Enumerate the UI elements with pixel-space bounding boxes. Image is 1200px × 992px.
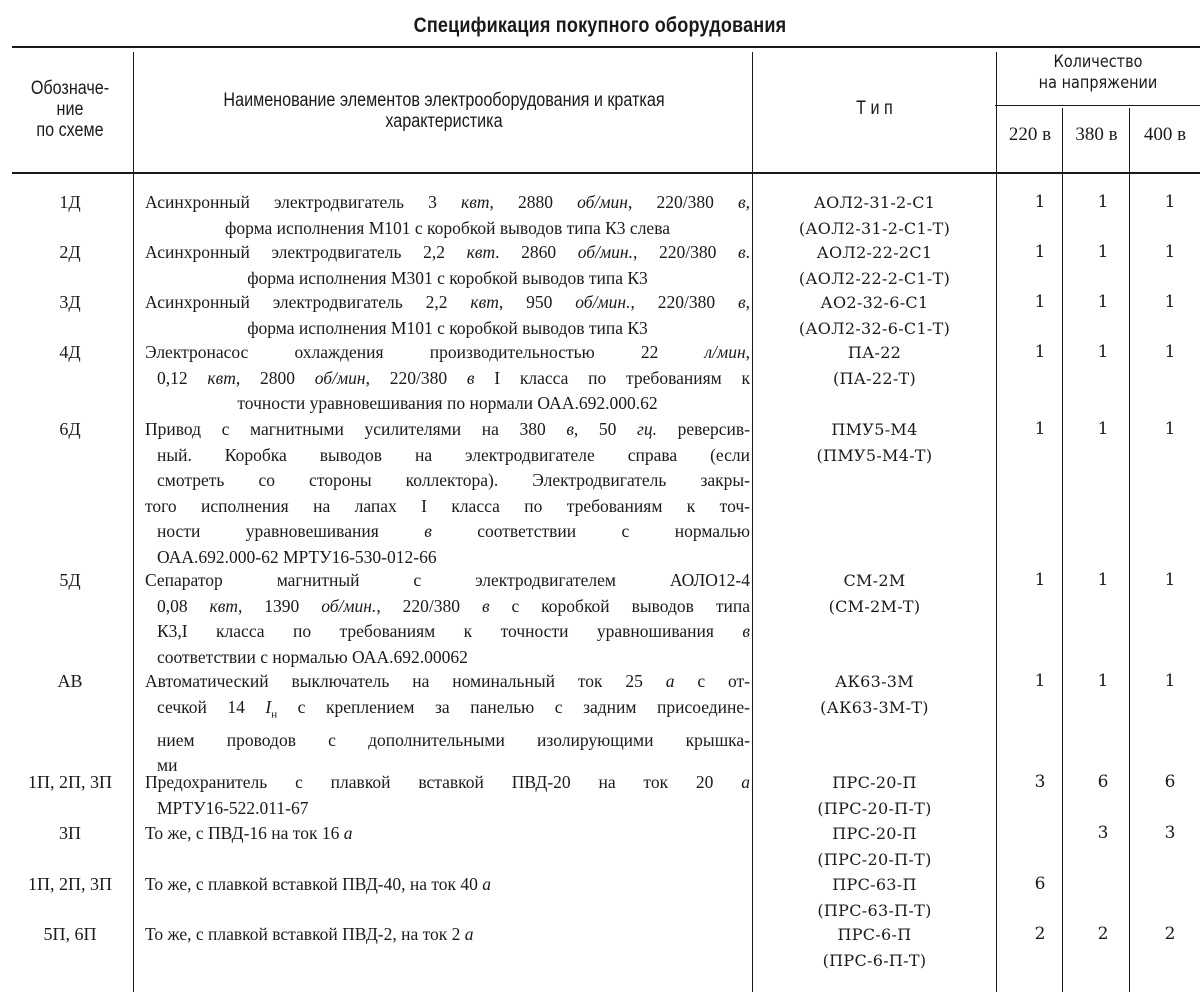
row-quantity-220v: 3 [1010, 770, 1070, 795]
row-designation: 1П, 2П, 3П [0, 872, 140, 897]
quantity-subheader-rule [995, 105, 1200, 106]
row-type: ПРС-20-П(ПРС-20-П-Т) [752, 821, 997, 872]
row-quantity-220v: 1 [1010, 568, 1070, 593]
row-type: ПРС-6-П(ПРС-6-П-Т) [752, 922, 997, 973]
row-quantity-220v: 1 [1010, 669, 1070, 694]
row-description: То же, с плавкой вставкой ПВД-2, на ток … [145, 922, 750, 948]
row-quantity-380v: 1 [1073, 240, 1133, 265]
page-title: Спецификация покупного оборудования [84, 14, 1116, 38]
row-quantity-380v: 1 [1073, 568, 1133, 593]
header-name: Наименование элементов электрооборудован… [181, 90, 708, 132]
row-quantity-380v: 1 [1073, 290, 1133, 315]
row-quantity-380v: 2 [1073, 922, 1133, 947]
row-quantity-400v: 1 [1140, 190, 1200, 215]
row-description: Электронасос охлаждения производительнос… [145, 340, 750, 417]
row-designation: 4Д [0, 340, 140, 365]
row-type: ПМУ5-М4(ПМУ5-М4-Т) [752, 417, 997, 468]
row-quantity-400v: 1 [1140, 568, 1200, 593]
row-type: АО2-32-6-С1(АОЛ2-32-6-С1-Т) [752, 290, 997, 341]
row-quantity-400v: 1 [1140, 340, 1200, 365]
row-quantity-400v: 6 [1140, 770, 1200, 795]
row-description: Асинхронный электродвигатель 2,2 квт, 95… [145, 290, 750, 341]
row-quantity-400v: 1 [1140, 669, 1200, 694]
row-quantity-380v: 1 [1073, 669, 1133, 694]
row-quantity-380v: 1 [1073, 417, 1133, 442]
row-quantity-400v: 2 [1140, 922, 1200, 947]
row-designation: АВ [0, 669, 140, 694]
row-quantity-380v: 1 [1073, 340, 1133, 365]
row-designation: 6Д [0, 417, 140, 442]
row-description: Автоматический выключатель на номинальны… [145, 669, 750, 779]
row-quantity-220v: 6 [1010, 872, 1070, 897]
row-quantity-380v: 3 [1073, 821, 1133, 846]
row-quantity-400v: 3 [1140, 821, 1200, 846]
header-designation-line: Обозначе- [11, 78, 130, 99]
row-quantity-220v: 1 [1010, 290, 1070, 315]
header-quantity-line: на напряжении [1011, 73, 1184, 94]
row-quantity-400v: 1 [1140, 417, 1200, 442]
row-type: АК63-3М(АК63-3М-Т) [752, 669, 997, 720]
header-quantity: Количество на напряжении [1011, 52, 1184, 94]
row-description: То же, с плавкой вставкой ПВД-40, на ток… [145, 872, 750, 898]
row-description: Предохранитель с плавкой вставкой ПВД-20… [145, 770, 750, 821]
row-designation: 1Д [0, 190, 140, 215]
header-quantity-line: Количество [1011, 52, 1184, 73]
header-name-line: Наименование элементов электрооборудован… [181, 90, 708, 111]
row-type: ПРС-63-П(ПРС-63-П-Т) [752, 872, 997, 923]
row-quantity-220v: 2 [1010, 922, 1070, 947]
row-designation: 1П, 2П, 3П [0, 770, 140, 795]
table-top-rule [12, 46, 1200, 48]
header-designation: Обозначе- ние по схеме [11, 78, 130, 141]
header-voltage-380: 380 в [1063, 124, 1130, 145]
row-designation: 3П [0, 821, 140, 846]
header-designation-line: ние [11, 99, 130, 120]
row-description: Асинхронный электродвигатель 2,2 квт. 28… [145, 240, 750, 291]
row-description: Асинхронный электродвигатель 3 квт, 2880… [145, 190, 750, 241]
header-designation-line: по схеме [11, 120, 130, 141]
header-bottom-rule [12, 172, 1200, 174]
row-quantity-220v: 1 [1010, 417, 1070, 442]
row-type: СМ-2М(СМ-2М-Т) [752, 568, 997, 619]
row-quantity-380v: 1 [1073, 190, 1133, 215]
row-description: То же, с ПВД-16 на ток 16 а [145, 821, 750, 847]
row-quantity-400v: 1 [1140, 290, 1200, 315]
row-type: ПРС-20-П(ПРС-20-П-Т) [752, 770, 997, 821]
row-type: ПА-22(ПА-22-Т) [752, 340, 997, 391]
header-voltage-400: 400 в [1130, 124, 1200, 145]
row-designation: 5П, 6П [0, 922, 140, 947]
row-quantity-400v: 1 [1140, 240, 1200, 265]
header-name-line: характеристика [181, 111, 708, 132]
row-quantity-220v: 1 [1010, 340, 1070, 365]
header-type: Т и п [770, 98, 978, 119]
row-designation: 2Д [0, 240, 140, 265]
row-quantity-220v: 1 [1010, 240, 1070, 265]
row-quantity-220v: 1 [1010, 190, 1070, 215]
header-voltage-220: 220 в [997, 124, 1063, 145]
row-quantity-380v: 6 [1073, 770, 1133, 795]
row-description: Привод с магнитными усилителями на 380 в… [145, 417, 750, 570]
row-type: АОЛ2-31-2-С1(АОЛ2-31-2-С1-Т) [752, 190, 997, 241]
row-designation: 5Д [0, 568, 140, 593]
row-designation: 3Д [0, 290, 140, 315]
row-type: АОЛ2-22-2С1(АОЛ2-22-2-С1-Т) [752, 240, 997, 291]
row-description: Сепаратор магнитный с электродвигателем … [145, 568, 750, 670]
